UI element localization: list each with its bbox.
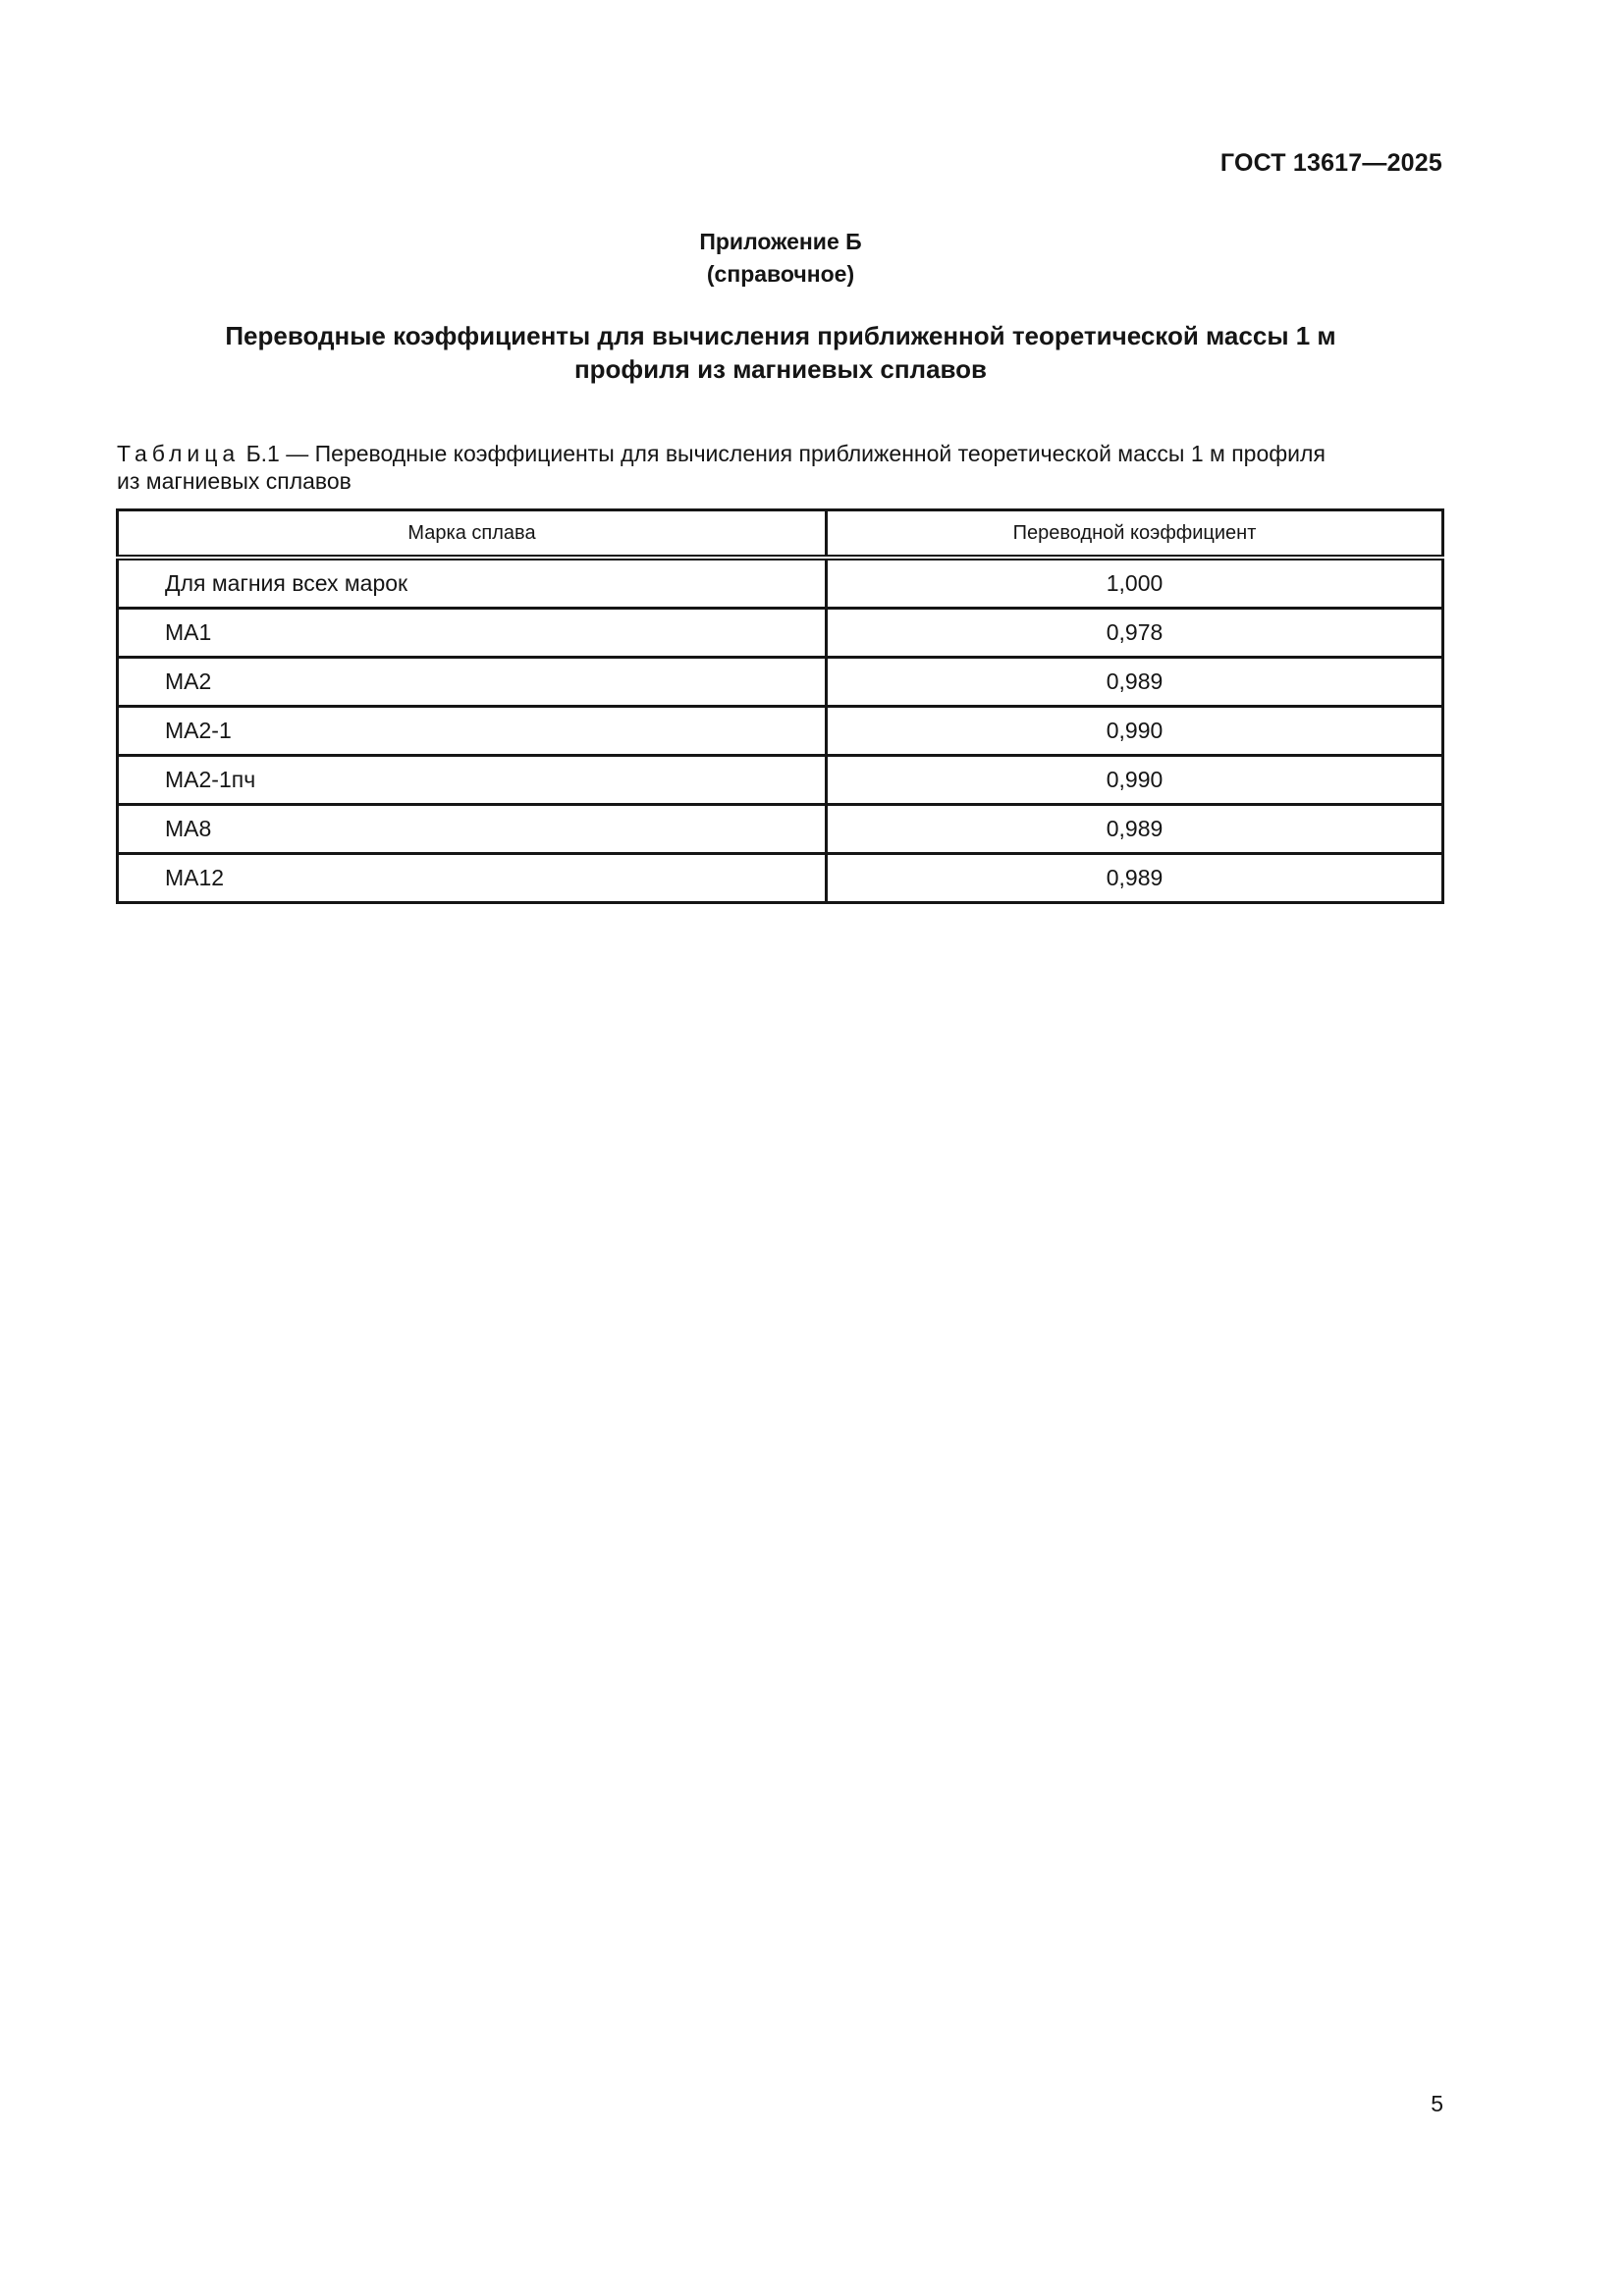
document-code: ГОСТ 13617—2025	[1220, 149, 1442, 178]
table-caption-text: — Переводные коэффициенты для вычисления…	[280, 441, 1326, 466]
table-row: МА2-1 0,990	[118, 707, 1443, 756]
table-row: МА12 0,989	[118, 854, 1443, 903]
appendix-status: (справочное)	[0, 258, 1561, 291]
page-number: 5	[1431, 2091, 1443, 2117]
alloy-cell: Для магния всех марок	[118, 558, 827, 609]
coefficients-table-container: Марка сплава Переводной коэффициент Для …	[116, 508, 1444, 904]
column-header-coefficient: Переводной коэффициент	[827, 510, 1443, 559]
coefficient-cell: 1,000	[827, 558, 1443, 609]
coefficient-cell: 0,990	[827, 707, 1443, 756]
table-caption-number: Б.1	[246, 441, 280, 466]
section-title: Переводные коэффициенты для вычисления п…	[147, 319, 1414, 386]
table-row: МА2 0,989	[118, 658, 1443, 707]
alloy-cell: МА2-1	[118, 707, 827, 756]
coefficient-cell: 0,989	[827, 805, 1443, 854]
alloy-cell: МА2-1пч	[118, 756, 827, 805]
alloy-cell: МА8	[118, 805, 827, 854]
column-header-alloy: Марка сплава	[118, 510, 827, 559]
section-title-line-1: Переводные коэффициенты для вычисления п…	[147, 319, 1414, 352]
table-caption-line-2: из магниевых сплавов	[117, 467, 1452, 495]
alloy-cell: МА12	[118, 854, 827, 903]
table-caption: Таблица Б.1 — Переводные коэффициенты дл…	[117, 440, 1452, 495]
section-title-line-2: профиля из магниевых сплавов	[147, 352, 1414, 386]
coefficient-cell: 0,989	[827, 658, 1443, 707]
table-row: МА1 0,978	[118, 609, 1443, 658]
coefficient-cell: 0,989	[827, 854, 1443, 903]
table-row: МА8 0,989	[118, 805, 1443, 854]
table-row: МА2-1пч 0,990	[118, 756, 1443, 805]
table-caption-label: Таблица	[117, 441, 240, 466]
appendix-heading: Приложение Б (справочное)	[0, 226, 1561, 291]
appendix-title: Приложение Б	[0, 226, 1561, 258]
coefficients-table: Марка сплава Переводной коэффициент Для …	[116, 508, 1444, 904]
alloy-cell: МА1	[118, 609, 827, 658]
coefficient-cell: 0,990	[827, 756, 1443, 805]
alloy-cell: МА2	[118, 658, 827, 707]
table-header-row: Марка сплава Переводной коэффициент	[118, 510, 1443, 559]
table-caption-line-1: Таблица Б.1 — Переводные коэффициенты дл…	[117, 440, 1452, 467]
coefficient-cell: 0,978	[827, 609, 1443, 658]
table-row: Для магния всех марок 1,000	[118, 558, 1443, 609]
